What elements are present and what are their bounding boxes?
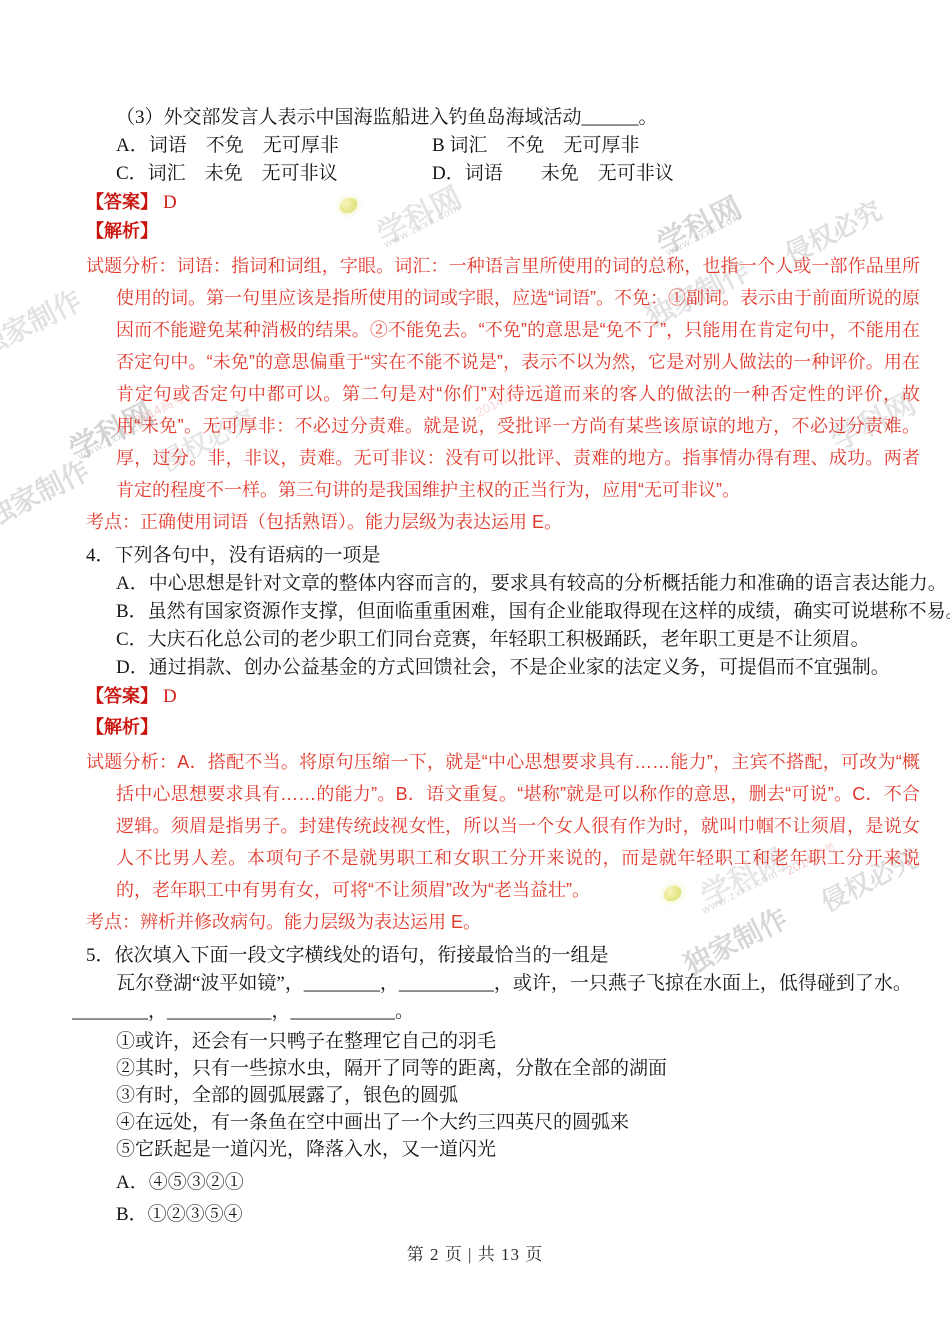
- question-3-answer-line: 【答案】D: [86, 188, 920, 217]
- answer-label: 【答案】: [86, 686, 158, 706]
- question-3-exam-point: 考点：正确使用词语（包括熟语）。能力层级为表达运用 E。: [86, 506, 920, 538]
- question-5-sentence-2: ②其时，只有一些掠水虫，隔开了同等的距离，分散在全部的湖面: [86, 1055, 920, 1082]
- question-4-analysis-paragraph: 试题分析：A．搭配不当。将原句压缩一下，就是“中心思想要求具有……能力”，主宾不…: [86, 746, 920, 906]
- question-5-sentence-1: ①或许，还会有一只鸭子在整理它自己的羽毛: [86, 1028, 920, 1055]
- question-5-sentence-3: ③有时，全部的圆弧展露了，银色的圆弧: [86, 1082, 920, 1109]
- option-d: D．词语 未免 无可非议: [432, 163, 674, 184]
- question-4-analysis-label-line: 【解析】: [86, 713, 920, 742]
- question-5-option-a: A．④⑤③②①: [86, 1169, 920, 1197]
- answer-value: D: [163, 192, 177, 213]
- option-a: A．词语 不免 无可厚非: [116, 132, 432, 160]
- page-footer: 第 2 页 | 共 13 页: [0, 1240, 950, 1265]
- analysis-label: 【解析】: [86, 717, 158, 737]
- question-4-option-d: D．通过捐款、创办公益基金的方式回馈社会，不是企业家的法定义务，可提倡而不宜强制…: [86, 654, 920, 682]
- question-4-answer-line: 【答案】D: [86, 682, 920, 711]
- question-5-option-b: B．①②③⑤④: [86, 1201, 920, 1229]
- watermark-made: 独家制作: [0, 449, 96, 535]
- question-3-stem: （3）外交部发言人表示中国海监船进入钓鱼岛海域活动______。: [86, 104, 920, 132]
- watermark-made: 独家制作: [0, 279, 88, 365]
- analysis-label: 【解析】: [86, 221, 158, 241]
- question-5-passage-line-1: 瓦尔登湖“波平如镜”，________，__________，或许，一只燕子飞掠…: [86, 970, 920, 998]
- answer-label: 【答案】: [86, 192, 158, 212]
- question-5-sentence-5: ⑤它跃起是一道闪光，降落入水，又一道闪光: [86, 1136, 920, 1163]
- question-4-option-a: A．中心思想是针对文章的整体内容而言的，要求具有较高的分析概括能力和准确的语言表…: [86, 570, 920, 598]
- answer-value: D: [163, 686, 177, 707]
- option-b: B 词汇 不免 无可厚非: [432, 135, 639, 156]
- question-3-options-row-2: C．词汇 未免 无可非议D．词语 未免 无可非议: [86, 160, 920, 188]
- question-4-stem: 4．下列各句中，没有语病的一项是: [86, 542, 920, 570]
- question-4-exam-point: 考点：辨析并修改病句。能力层级为表达运用 E。: [86, 906, 920, 938]
- question-5-passage-line-2: ________，___________，___________。: [72, 998, 920, 1026]
- question-4-option-c: C．大庆石化总公司的老少职工们同台竞赛，年轻职工积极踊跃，老年职工更是不让须眉。: [86, 626, 920, 654]
- option-c: C．词汇 未免 无可非议: [116, 160, 432, 188]
- question-5-sentence-4: ④在远处，有一条鱼在空中画出了一个大约三四英尺的圆弧来: [86, 1109, 920, 1136]
- question-3-analysis-label-line: 【解析】: [86, 217, 920, 246]
- exam-document-page: 学科网 www.zxxk.com 学科网 www.zxxk.com 侵权必究 独…: [0, 0, 950, 1344]
- question-3-analysis-paragraph: 试题分析：词语：指词和词组，字眼。词汇：一种语言里所使用的词的总称，也指一个人或…: [86, 250, 920, 506]
- question-3-options-row-1: A．词语 不免 无可厚非B 词汇 不免 无可厚非: [86, 132, 920, 160]
- exam-content: （3）外交部发言人表示中国海监船进入钓鱼岛海域活动______。 A．词语 不免…: [86, 104, 920, 1229]
- question-5-stem: 5．依次填入下面一段文字横线处的语句，衔接最恰当的一组是: [86, 942, 920, 970]
- question-4-option-b: B．虽然有国家资源作支撑，但面临重重困难，国有企业能取得现在这样的成绩，确实可说…: [86, 598, 920, 626]
